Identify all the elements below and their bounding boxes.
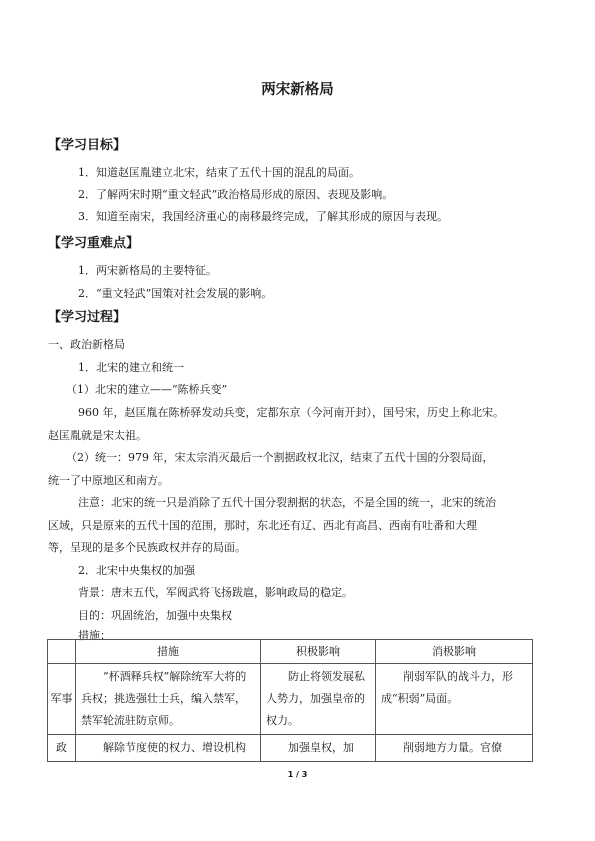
table-header-cell: 消极影响: [376, 640, 533, 664]
key-points-heading: 【学习重难点】: [48, 232, 139, 251]
table-row: 政 解除节度使的权力、增设机构 加强皇权，加 削弱地方力量。官僚: [48, 735, 533, 762]
objective-item: 3．知道至南宋，我国经济重心的南移最终完成，了解其形成的原因与表现。: [78, 208, 448, 224]
key-point-item: 2．“重文轻武”国策对社会发展的影响。: [78, 285, 272, 301]
paragraph-line: 背景：唐末五代，军阀武将飞扬跋扈，影响政局的稳定。: [78, 584, 353, 600]
measures-table: 措施 积极影响 消极影响 军事 “杯酒释兵权”解除统军大将的兵权；挑选强壮士兵，…: [47, 639, 533, 762]
table-header-row: 措施 积极影响 消极影响: [48, 640, 533, 664]
paragraph-line: 赵匡胤就是宋太祖。: [48, 427, 147, 443]
cell-positive: 加强皇权，加: [261, 735, 376, 762]
paragraph-line: 960 年，赵匡胤在陈桥驿发动兵变，定都东京（今河南开封），国号宋，历史上称北宋…: [78, 404, 504, 420]
row-category: 军事: [48, 664, 76, 735]
cell-positive: 防止将领发展私人势力，加强皇帝的权力。: [261, 664, 376, 735]
paragraph-line: （1）北宋的建立——“陈桥兵变”: [66, 381, 227, 397]
objectives-heading: 【学习目标】: [48, 134, 126, 153]
page-number: 1 / 3: [0, 770, 595, 779]
table-header-cell: 措施: [76, 640, 261, 664]
key-point-item: 1．两宋新格局的主要特征。: [78, 262, 217, 278]
paragraph-line: 区域，只是原来的五代十国的范围，那时，东北还有辽、西北有高昌、西南有吐番和大理: [48, 517, 477, 533]
page-title: 两宋新格局: [0, 78, 595, 99]
cell-negative: 削弱军队的战斗力，形成“积弱”局面。: [376, 664, 533, 735]
paragraph-line: （2）统一：979 年，宋太宗消灭最后一个割据政权北汉，结束了五代十国的分裂局面…: [66, 449, 494, 465]
cell-measure: 解除节度使的权力、增设机构: [76, 735, 261, 762]
paragraph-line: 等，呈现的是多个民族政权并存的局面。: [48, 539, 246, 555]
subsection-heading: 2．北宋中央集权的加强: [78, 562, 195, 578]
objective-item: 2．了解两宋时期“重文轻武”政治格局形成的原因、表现及影响。: [78, 186, 393, 202]
table-row: 军事 “杯酒释兵权”解除统军大将的兵权；挑选强壮士兵，编入禁军，禁军轮流驻防京师…: [48, 664, 533, 735]
paragraph-line: 统一了中原地区和南方。: [48, 472, 169, 488]
row-category: 政: [48, 735, 76, 762]
cell-negative: 削弱地方力量。官僚: [376, 735, 533, 762]
paragraph-line: 注意：北宋的统一只是消除了五代十国分裂割据的状态，不是全国的统一，北宋的统治: [78, 494, 496, 510]
process-heading: 【学习过程】: [48, 306, 126, 325]
cell-measure: “杯酒释兵权”解除统军大将的兵权；挑选强壮士兵，编入禁军，禁军轮流驻防京师。: [76, 664, 261, 735]
objective-item: 1．知道赵匡胤建立北宋，结束了五代十国的混乱的局面。: [78, 164, 360, 180]
section-heading: 一、政治新格局: [48, 336, 125, 352]
table-header-cell: 积极影响: [261, 640, 376, 664]
subsection-heading: 1．北宋的建立和统一: [78, 359, 184, 375]
paragraph-line: 目的：巩固统治，加强中央集权: [78, 607, 232, 623]
table-header-cell: [48, 640, 76, 664]
